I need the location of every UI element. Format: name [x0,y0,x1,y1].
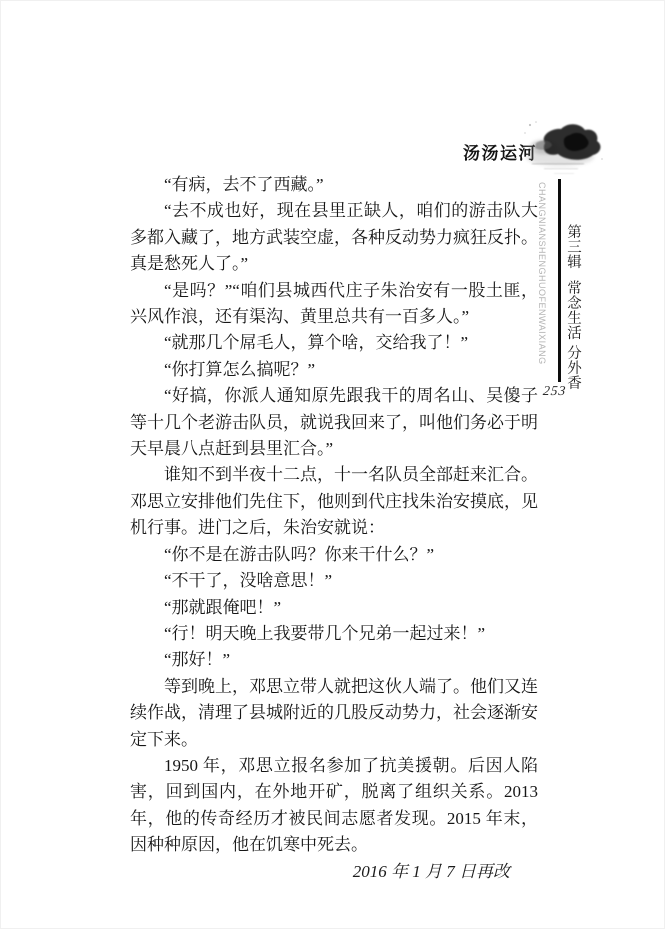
body-paragraph: “你不是在游击队吗？你来干什么？” [130,542,538,568]
body-paragraph: 等到晚上，邓思立带人就把这伙人端了。他们又连续作战，清理了县城附近的几股反动势力… [130,674,538,753]
sidebar-divider-rule [558,179,561,382]
body-paragraph: “有病，去不了西藏。” [130,172,538,198]
body-paragraph: “行！明天晚上我要带几个兄弟一起过来！” [130,621,538,647]
body-paragraph: “好搞，你派人通知原先跟我干的周名山、吴傻子等十几个老游击队员，就说我回来了，叫… [130,383,538,462]
sidebar-pinyin-caption: CHANGNIANSHENGHUOFENWAIXIANG [537,182,547,382]
book-page: 汤汤运河 CHANGNIANSHENGHUOFENWAIXIANG [0,0,665,929]
sidebar-title-part2: 分外香 [565,345,581,390]
body-paragraph: “不干了，没啥意思！” [130,568,538,594]
sidebar-volume-label: 第三辑 [565,224,581,269]
body-paragraph: “是吗？”“咱们县城西代庄子朱治安有一股土匪，兴风作浪，还有渠沟、黄里总共有一百… [130,278,538,331]
revision-date-line: 2016 年 1 月 7 日再改 [130,859,538,885]
body-paragraph: “那就跟俺吧！” [130,595,538,621]
body-paragraph: “你打算怎么搞呢？” [130,357,538,383]
body-paragraph: 谁知不到半夜十二点，十一名队员全部赶来汇合。邓思立安排他们先住下，他则到代庄找朱… [130,462,538,541]
sidebar-title-part1: 常念生活 [565,280,581,340]
body-paragraph: “那好！” [130,647,538,673]
ink-wash-painting-icon [514,113,610,181]
sidebar-section-title: 第三辑常念生活分外香 [563,224,584,390]
body-paragraph: “去不成也好，现在县里正缺人，咱们的游击队大多都入藏了，地方武装空虚，各种反动势… [130,198,538,277]
body-paragraph: “就那几个屌毛人，算个啥，交给我了！” [130,330,538,356]
body-paragraph: 1950 年，邓思立报名参加了抗美援朝。后因人陷害，回到国内，在外地开矿，脱离了… [130,753,538,859]
page-number: 253 [542,383,567,399]
story-body: “有病，去不了西藏。” “去不成也好，现在县里正缺人，咱们的游击队大多都入藏了，… [130,172,538,885]
